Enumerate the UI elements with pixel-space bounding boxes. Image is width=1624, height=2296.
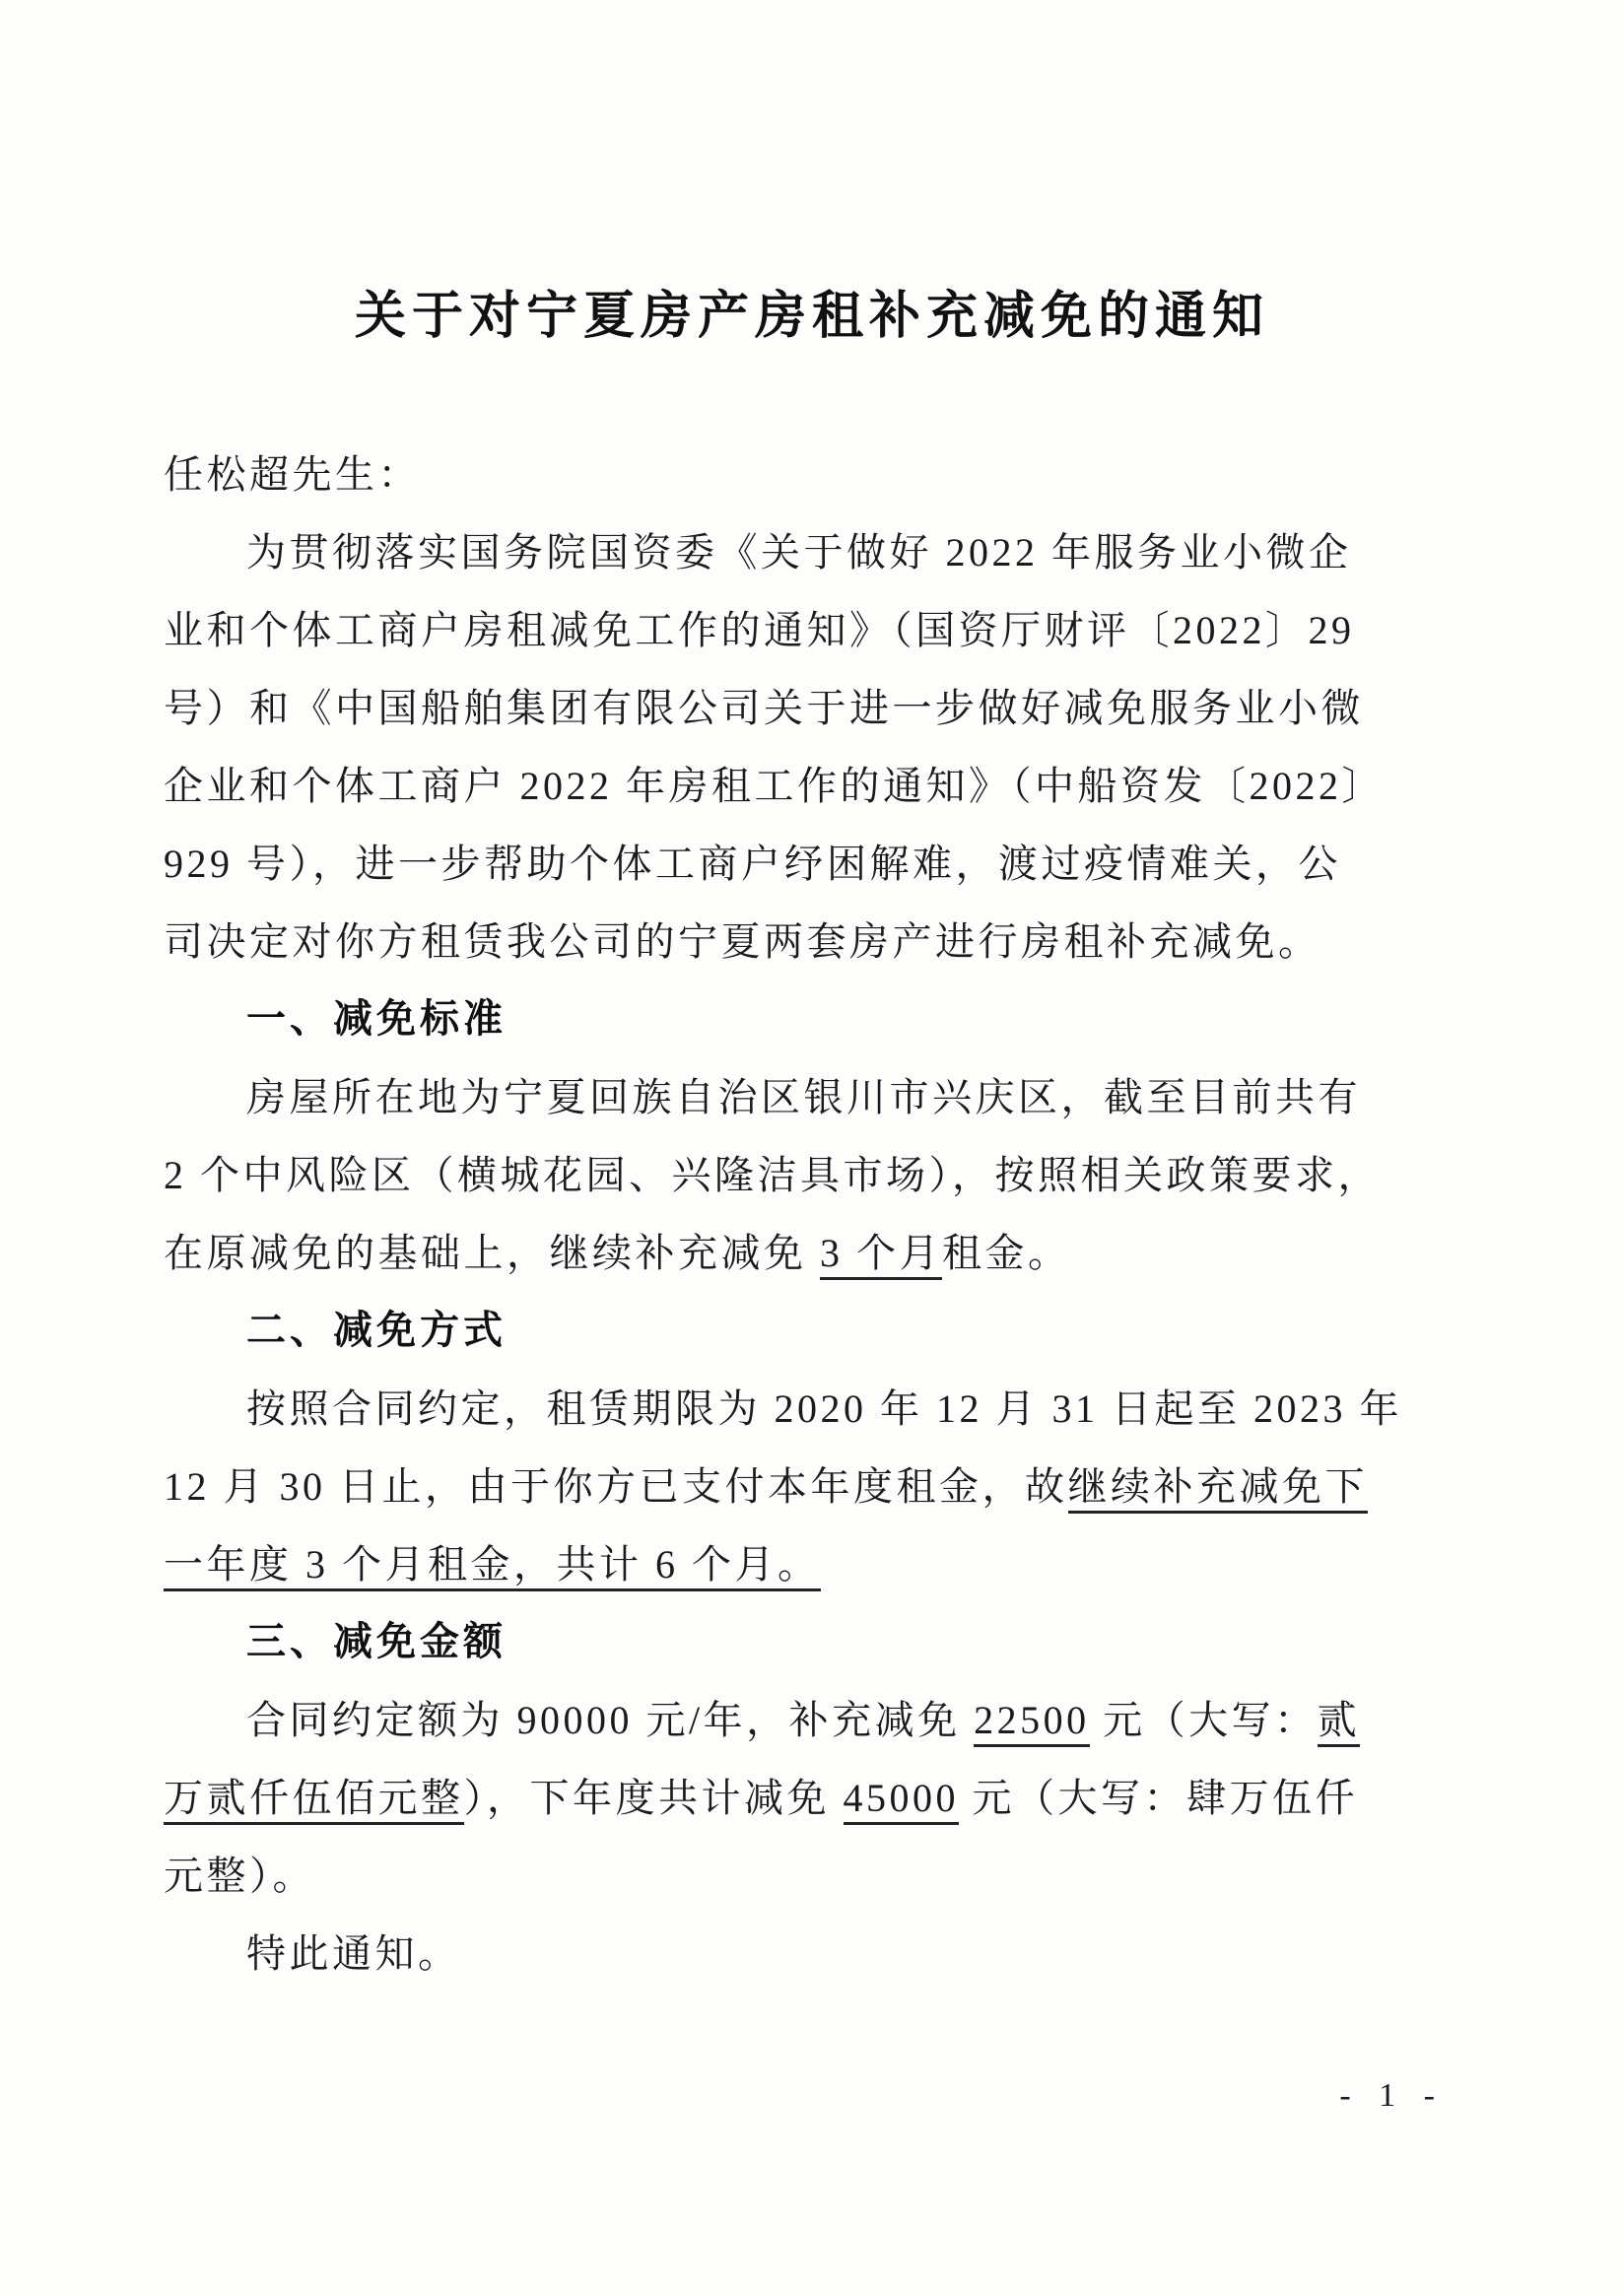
text-segment: 929 号），进一步帮助个体工商户纾困解难，渡过疫情难关，公 [164, 842, 1341, 886]
underlined-text: 万贰仟伍佰元整 [164, 1776, 464, 1825]
text-segment: 司决定对你方租赁我公司的宁夏两套房产进行房租补充减免。 [164, 919, 1321, 964]
section-heading: 一、减免标准 [164, 980, 1489, 1058]
document-line: 2 个中风险区（横城花园、兴隆洁具市场），按照相关政策要求， [164, 1136, 1489, 1214]
page-number: - 1 - [1339, 2077, 1445, 2115]
document-line: 司决定对你方租赁我公司的宁夏两套房产进行房租补充减免。 [164, 903, 1489, 980]
text-segment: 为贯彻落实国务院国资委《关于做好 2022 年服务业小微企 [246, 530, 1352, 574]
document-line: 一年度 3 个月租金，共计 6 个月。 [164, 1525, 1489, 1603]
document-line: 房屋所在地为宁夏回族自治区银川市兴庆区，截至目前共有 [164, 1058, 1489, 1136]
text-segment: 三、减免金额 [246, 1620, 507, 1663]
underlined-text: 继续补充减免下 [1068, 1464, 1369, 1514]
text-segment: 任松超先生： [164, 452, 421, 497]
text-segment: 特此通知。 [246, 1931, 461, 1976]
underlined-text: 3 个月 [820, 1231, 942, 1280]
underlined-text: 45000 [844, 1776, 960, 1825]
document-line: 企业和个体工商户 2022 年房租工作的通知》（中船资发〔2022〕 [164, 747, 1489, 825]
document-line: 业和个体工商户房租减免工作的通知》（国资厅财评〔2022〕29 [164, 591, 1489, 669]
underlined-text: 22500 [974, 1698, 1090, 1747]
text-segment: 业和个体工商户房租减免工作的通知》（国资厅财评〔2022〕29 [164, 608, 1355, 652]
document-title: 关于对宁夏房产房租补充减免的通知 [152, 274, 1472, 348]
document-line: 任松超先生： [164, 436, 1489, 513]
document-line: 按照合同约定，租赁期限为 2020 年 12 月 31 日起至 2023 年 [164, 1370, 1489, 1448]
text-segment: ），下年度共计减免 [464, 1776, 844, 1820]
text-segment: 元（大写：肆万伍仟 [959, 1776, 1358, 1820]
text-segment: 二、减免方式 [246, 1309, 507, 1352]
document-page: 关于对宁夏房产房租补充减免的通知 任松超先生：为贯彻落实国务院国资委《关于做好 … [0, 0, 1624, 2296]
underlined-text: 一年度 3 个月租金，共计 6 个月。 [164, 1542, 821, 1591]
text-segment: 按照合同约定，租赁期限为 2020 年 12 月 31 日起至 2023 年 [246, 1386, 1402, 1431]
text-segment: 12 月 30 日止，由于你方已支付本年度租金，故 [164, 1464, 1068, 1509]
underlined-text: 贰 [1318, 1698, 1361, 1747]
text-segment: 元整）。 [164, 1854, 315, 1898]
document-line: 929 号），进一步帮助个体工商户纾困解难，渡过疫情难关，公 [164, 825, 1489, 903]
document-line: 号）和《中国船舶集团有限公司关于进一步做好减免服务业小微 [164, 669, 1489, 747]
text-segment: 企业和个体工商户 2022 年房租工作的通知》（中船资发〔2022〕 [164, 764, 1385, 808]
section-heading: 二、减免方式 [164, 1292, 1489, 1370]
document-body: 任松超先生：为贯彻落实国务院国资委《关于做好 2022 年服务业小微企业和个体工… [164, 436, 1489, 1992]
document-line: 万贰仟伍佰元整），下年度共计减免 45000 元（大写：肆万伍仟 [164, 1759, 1489, 1837]
document-line: 在原减免的基础上，继续补充减免 3 个月租金。 [164, 1214, 1489, 1292]
text-segment: 一、减免标准 [246, 997, 507, 1041]
text-segment: 租金。 [942, 1231, 1071, 1275]
text-segment: 2 个中风险区（横城花园、兴隆洁具市场），按照相关政策要求， [164, 1153, 1381, 1197]
document-line: 为贯彻落实国务院国资委《关于做好 2022 年服务业小微企 [164, 513, 1489, 591]
text-segment: 号）和《中国船舶集团有限公司关于进一步做好减免服务业小微 [164, 686, 1364, 730]
text-segment: 房屋所在地为宁夏回族自治区银川市兴庆区，截至目前共有 [246, 1075, 1361, 1119]
document-line: 特此通知。 [164, 1915, 1489, 1992]
document-line: 元整）。 [164, 1837, 1489, 1915]
text-segment: 在原减免的基础上，继续补充减免 [164, 1231, 820, 1275]
document-line: 合同约定额为 90000 元/年，补充减免 22500 元（大写：贰 [164, 1681, 1489, 1759]
document-line: 12 月 30 日止，由于你方已支付本年度租金，故继续补充减免下 [164, 1448, 1489, 1525]
text-segment: 元（大写： [1090, 1698, 1318, 1742]
text-segment: 合同约定额为 90000 元/年，补充减免 [246, 1698, 974, 1742]
section-heading: 三、减免金额 [164, 1603, 1489, 1681]
